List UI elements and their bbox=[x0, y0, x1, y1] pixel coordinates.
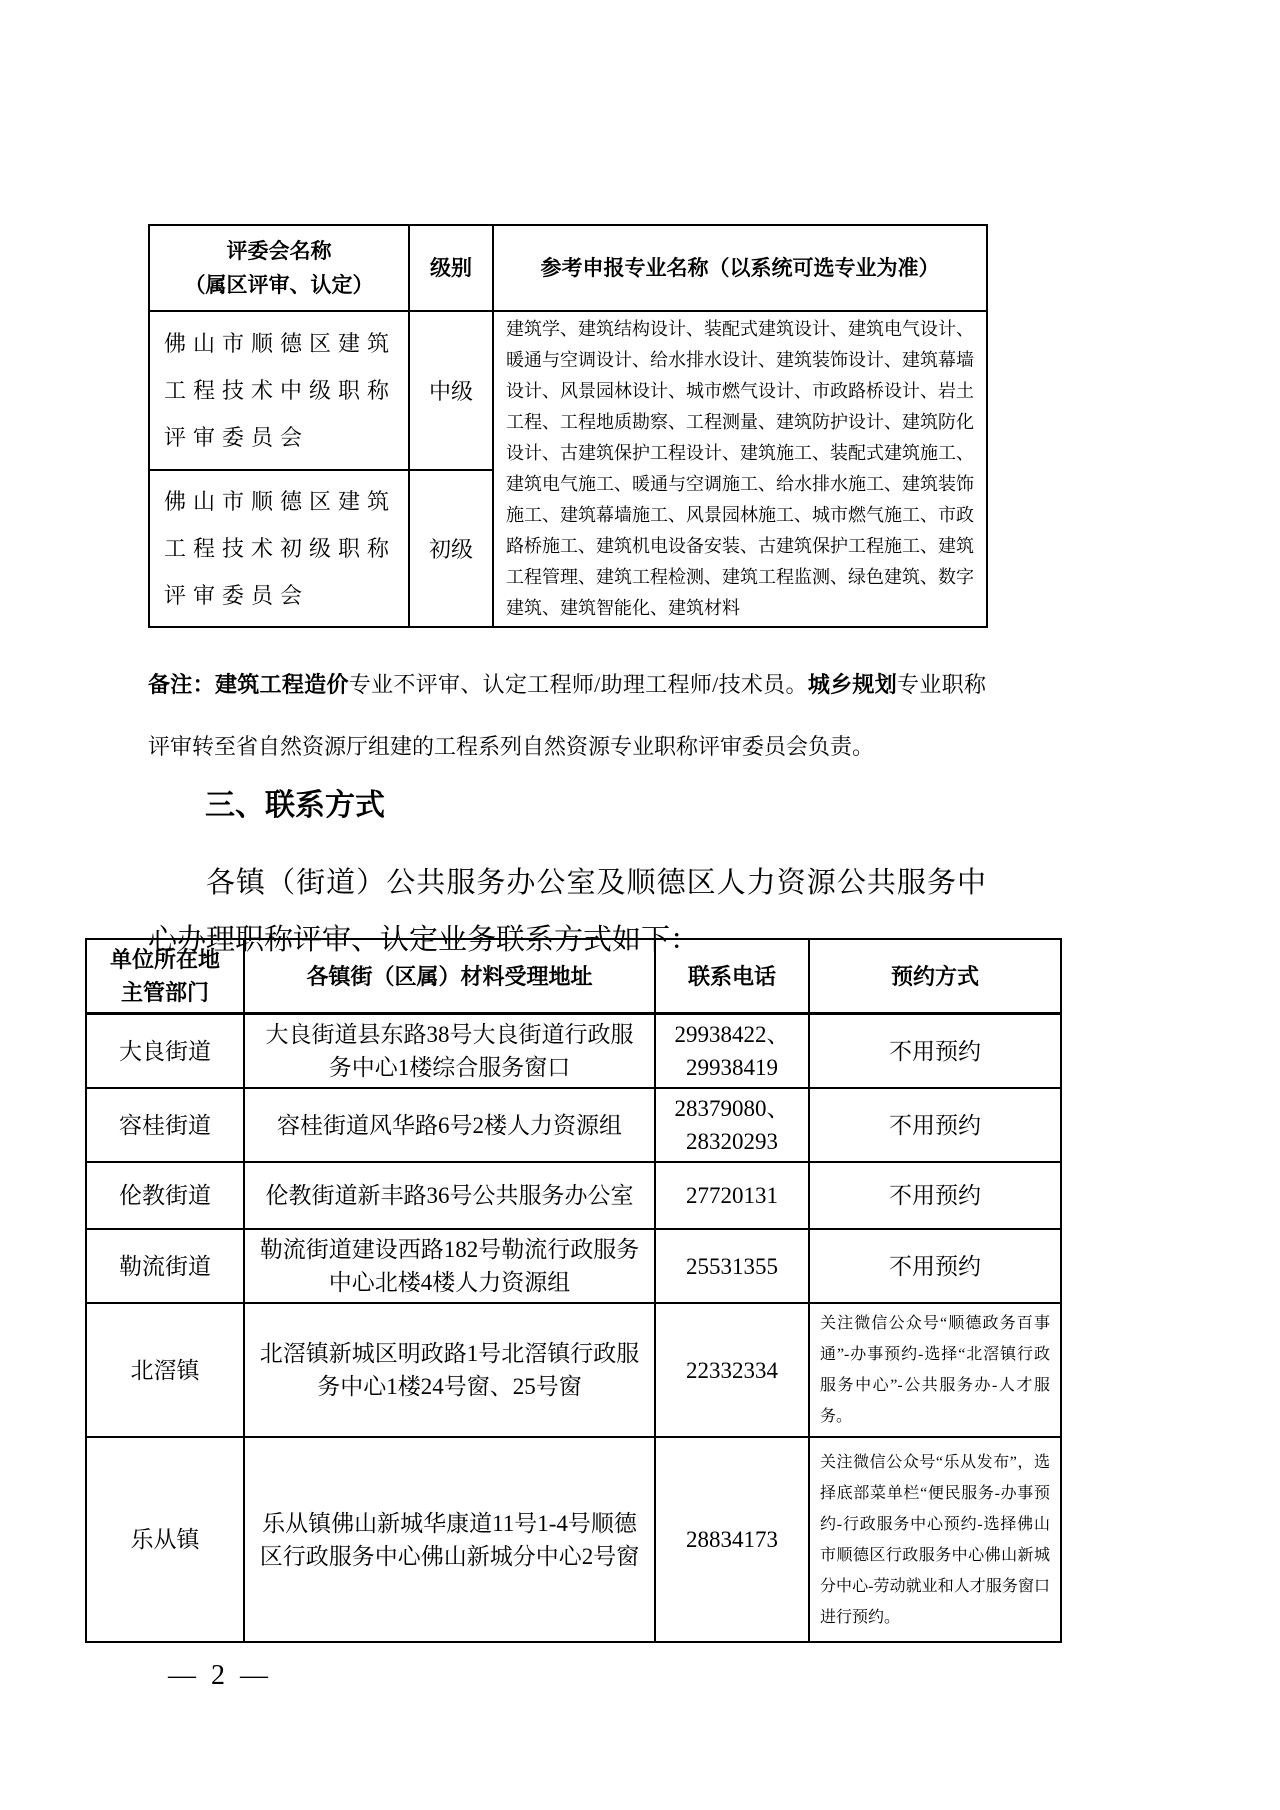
address-cell: 大良街道县东路38号大良街道行政服务中心1楼综合服务窗口 bbox=[244, 1014, 655, 1089]
dept-cell: 勒流街道 bbox=[86, 1229, 244, 1303]
phone-cell: 27720131 bbox=[655, 1162, 809, 1229]
notes-term-construction-cost: 建筑工程造价 bbox=[215, 672, 349, 697]
committee-name-cell: 佛山市顺德区建筑工程技术初级职称评审委员会 bbox=[149, 470, 409, 628]
phone-cell: 28379080、 28320293 bbox=[655, 1088, 809, 1162]
level-cell: 中级 bbox=[409, 311, 493, 470]
booking-cell: 关注微信公众号“乐从发布”，选择底部菜单栏“便民服务-办事预约-行政服务中心预约… bbox=[809, 1437, 1061, 1642]
page-number: — 2 — bbox=[168, 1660, 272, 1692]
majors-cell: 建筑学、建筑结构设计、装配式建筑设计、建筑电气设计、暖通与空调设计、给水排水设计… bbox=[493, 311, 987, 627]
notes-term-urban-planning: 城乡规划 bbox=[808, 672, 897, 697]
document-page: 评委会名称 （属区评审、认定） 级别 参考申报专业名称（以系统可选专业为准） 佛… bbox=[0, 0, 1280, 1810]
committee-name-header-line2: （属区评审、认定） bbox=[156, 268, 402, 302]
contact-table: 单位所在地 主管部门 各镇街（区属）材料受理地址 联系电话 预约方式 大良街道 … bbox=[85, 938, 1062, 1643]
dept-cell: 乐从镇 bbox=[86, 1437, 244, 1642]
committee-name-header-line1: 评委会名称 bbox=[156, 234, 402, 268]
phone-cell: 22332334 bbox=[655, 1303, 809, 1437]
address-cell: 勒流街道建设西路182号勒流行政服务中心北楼4楼人力资源组 bbox=[244, 1229, 655, 1303]
booking-cell: 不用预约 bbox=[809, 1162, 1061, 1229]
section-heading: 三、联系方式 bbox=[205, 780, 385, 824]
majors-header: 参考申报专业名称（以系统可选专业为准） bbox=[493, 225, 987, 311]
phone-cell: 29938422、 29938419 bbox=[655, 1014, 809, 1089]
contact-row-rongگui: 容桂街道 容桂街道风华路6号2楼人力资源组 28379080、 28320293… bbox=[86, 1088, 1061, 1162]
dept-cell: 北滘镇 bbox=[86, 1303, 244, 1437]
contact-row-beijiao: 北滘镇 北滘镇新城区明政路1号北滘镇行政服务中心1楼24号窗、25号窗 2233… bbox=[86, 1303, 1061, 1437]
booking-cell: 不用预约 bbox=[809, 1229, 1061, 1303]
notes-paragraph: 备注：建筑工程造价专业不评审、认定工程师/助理工程师/技术员。城乡规划专业职称评… bbox=[148, 654, 986, 778]
committee-table: 评委会名称 （属区评审、认定） 级别 参考申报专业名称（以系统可选专业为准） 佛… bbox=[148, 224, 988, 628]
contact-row-lecong: 乐从镇 乐从镇佛山新城华康道11号1-4号顺德区行政服务中心佛山新城分中心2号窗… bbox=[86, 1437, 1061, 1642]
booking-cell: 不用预约 bbox=[809, 1088, 1061, 1162]
dept-cell: 伦教街道 bbox=[86, 1162, 244, 1229]
committee-name-header: 评委会名称 （属区评审、认定） bbox=[149, 225, 409, 311]
contact-row-leliu: 勒流街道 勒流街道建设西路182号勒流行政服务中心北楼4楼人力资源组 25531… bbox=[86, 1229, 1061, 1303]
committee-table-header-row: 评委会名称 （属区评审、认定） 级别 参考申报专业名称（以系统可选专业为准） bbox=[149, 225, 987, 311]
contact-row-daliang: 大良街道 大良街道县东路38号大良街道行政服务中心1楼综合服务窗口 299384… bbox=[86, 1014, 1061, 1089]
contact-table-header-row: 单位所在地 主管部门 各镇街（区属）材料受理地址 联系电话 预约方式 bbox=[86, 939, 1061, 1014]
dept-header: 单位所在地 主管部门 bbox=[86, 939, 244, 1014]
contact-row-lunjiao: 伦教街道 伦教街道新丰路36号公共服务办公室 27720131 不用预约 bbox=[86, 1162, 1061, 1229]
phone-header: 联系电话 bbox=[655, 939, 809, 1014]
booking-cell: 关注微信公众号“顺德政务百事通”-办事预约-选择“北滘镇行政服务中心”-公共服务… bbox=[809, 1303, 1061, 1437]
phone-cell: 25531355 bbox=[655, 1229, 809, 1303]
committee-name-cell: 佛山市顺德区建筑工程技术中级职称评审委员会 bbox=[149, 311, 409, 470]
booking-cell: 不用预约 bbox=[809, 1014, 1061, 1089]
level-cell: 初级 bbox=[409, 470, 493, 628]
notes-label: 备注： bbox=[148, 672, 215, 697]
address-cell: 容桂街道风华路6号2楼人力资源组 bbox=[244, 1088, 655, 1162]
committee-row-intermediate: 佛山市顺德区建筑工程技术中级职称评审委员会 中级 建筑学、建筑结构设计、装配式建… bbox=[149, 311, 987, 470]
address-cell: 乐从镇佛山新城华康道11号1-4号顺德区行政服务中心佛山新城分中心2号窗 bbox=[244, 1437, 655, 1642]
address-cell: 伦教街道新丰路36号公共服务办公室 bbox=[244, 1162, 655, 1229]
phone-cell: 28834173 bbox=[655, 1437, 809, 1642]
booking-header: 预约方式 bbox=[809, 939, 1061, 1014]
address-cell: 北滘镇新城区明政路1号北滘镇行政服务中心1楼24号窗、25号窗 bbox=[244, 1303, 655, 1437]
address-header: 各镇街（区属）材料受理地址 bbox=[244, 939, 655, 1014]
notes-text-1: 专业不评审、认定工程师/助理工程师/技术员。 bbox=[349, 672, 808, 697]
dept-cell: 容桂街道 bbox=[86, 1088, 244, 1162]
dept-cell: 大良街道 bbox=[86, 1014, 244, 1089]
level-header: 级别 bbox=[409, 225, 493, 311]
